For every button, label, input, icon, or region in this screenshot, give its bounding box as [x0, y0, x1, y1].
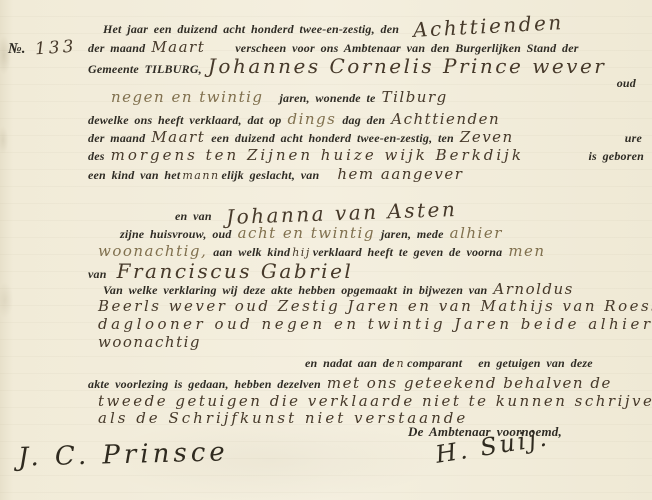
line-andvan: en vanJohanna van Asten: [175, 201, 463, 225]
printed-text: een kind van het: [88, 168, 180, 183]
printed-text: en getuigen van deze: [478, 356, 593, 371]
printed-text: jaren, wonende te: [280, 91, 376, 106]
line-witness-intro: Van welke verklaring wij deze akte hebbe…: [103, 280, 580, 298]
printed-text: der maand: [88, 131, 145, 146]
handwritten-text: woonachtig,: [98, 242, 207, 260]
handwritten-text: Achttienden: [391, 110, 500, 128]
line-witness3: woonachtig: [92, 333, 207, 351]
handwritten-text: Zeven: [460, 128, 514, 146]
line-age: negen en twintigjaren, wonende teTilburg: [105, 88, 454, 106]
printed-text: verklaard heeft te geven de voorna: [313, 245, 503, 260]
printed-text: dag den: [342, 113, 385, 128]
line-gemeente: Gemeente TILBURG,Johannes Cornelis Princ…: [88, 54, 612, 78]
record-number-value: 133: [35, 37, 78, 60]
printed-text: is geboren: [589, 149, 645, 164]
line-witness2: daglooner oud negen en twintig Jaren bei…: [92, 315, 652, 333]
printed-text: en van: [175, 209, 212, 224]
handwritten-text: alhier: [450, 224, 503, 242]
line-year: Het jaar een duizend acht honderd twee-e…: [103, 14, 570, 38]
handwritten-text: hem aangever: [337, 165, 463, 183]
line-resident: woonachtig,aan welk kindhijverklaard hee…: [92, 242, 552, 260]
line-wife: zijne huisvrouw, oudacht en twintigjaren…: [120, 224, 509, 242]
birth-record-scan: №. 133 Het jaar een duizend acht honderd…: [0, 0, 652, 500]
record-number: №. 133: [8, 38, 77, 58]
handwritten-text: n: [397, 357, 406, 370]
line-read: akte voorlezing is gedaan, hebben dezelv…: [88, 374, 618, 392]
printed-text: aan welk kind: [213, 245, 290, 260]
handwritten-text: hij: [292, 246, 311, 259]
line-after: en nadat aan dencomparanten getuigen van…: [305, 356, 593, 371]
handwritten-text: men: [508, 242, 545, 260]
printed-text: Gemeente TILBURG,: [88, 62, 202, 77]
handwritten-text: daglooner oud negen en twintig Jaren bei…: [98, 315, 652, 333]
handwritten-text: negen en twintig: [111, 88, 264, 106]
handwritten-text: Arnoldus: [493, 280, 573, 298]
handwritten-text: acht en twintig: [238, 224, 375, 242]
handwritten-text: met ons geteekend behalven de: [327, 374, 612, 392]
declarant-signature: J. C. Prinsce: [18, 437, 229, 473]
printed-text: akte voorlezing is gedaan, hebben dezelv…: [88, 377, 321, 392]
handwritten-text: mann: [182, 169, 219, 182]
printed-text: Het jaar een duizend acht honderd twee-e…: [103, 22, 399, 37]
printed-text: dewelke ons heeft verklaard, dat op: [88, 113, 281, 128]
line-declared: dewelke ons heeft verklaard, dat opdings…: [88, 110, 506, 128]
printed-text: ure: [625, 131, 642, 146]
handwritten-text: tweede getuigen die verklaarde niet te k…: [98, 392, 652, 410]
handwritten-text: Tilburg: [382, 88, 448, 106]
printed-text: Van welke verklaring wij deze akte hebbe…: [103, 283, 487, 298]
line-twins: tweede getuigen die verklaarde niet te k…: [92, 392, 652, 410]
printed-text: een duizend acht honderd twee-en-zestig,…: [211, 131, 454, 146]
printed-text: en nadat aan de: [305, 356, 395, 371]
line-morning: desmorgens ten Zijnen huize wijk Berkdij…: [88, 146, 644, 164]
handwritten-text: Beerls wever oud Zestig Jaren en van Mat…: [98, 297, 652, 315]
printed-text: jaren, mede: [381, 227, 444, 242]
handwritten-text: dings: [287, 110, 336, 128]
handwritten-text: Maart: [151, 128, 205, 146]
handwritten-text: Johannes Cornelis Prince wever: [208, 54, 606, 78]
printed-text: zijne huisvrouw, oud: [120, 227, 232, 242]
handwritten-text: morgens ten Zijnen huize wijk Berkdijk: [111, 146, 524, 164]
handwritten-text: woonachtig: [98, 333, 201, 351]
line-witness1: Beerls wever oud Zestig Jaren en van Mat…: [92, 297, 652, 315]
line-child: een kind van hetmannelijk geslacht, vanh…: [88, 165, 469, 183]
record-number-label: №.: [8, 41, 25, 58]
printed-text: comparant: [407, 356, 462, 371]
printed-text: elijk geslacht, van: [222, 168, 320, 183]
printed-text: oud: [617, 76, 636, 91]
line-month2: der maandMaarteen duizend acht honderd t…: [88, 128, 642, 146]
printed-text: des: [88, 149, 105, 164]
